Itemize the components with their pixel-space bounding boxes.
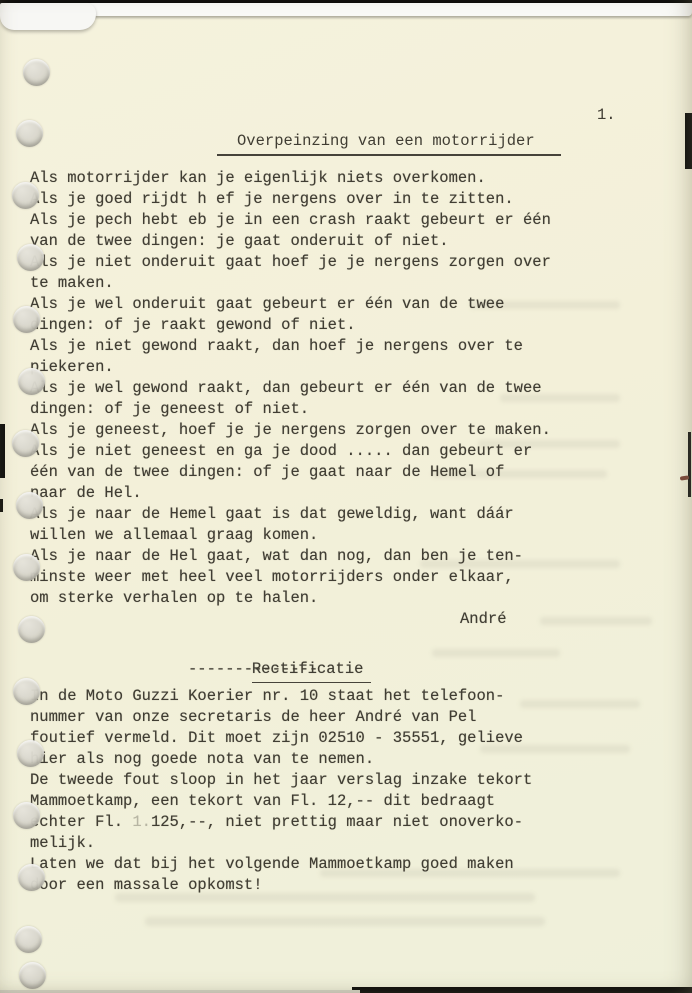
text-line: Laten we dat bij het volgende Mammoetkam…	[30, 854, 650, 875]
punch-hole	[13, 554, 40, 581]
article-title-text: Overpeinzing van een motorrijder	[217, 132, 561, 156]
punch-hole	[13, 802, 40, 829]
scan-left-edge-mark	[0, 424, 5, 478]
punch-hole	[13, 306, 40, 333]
punch-hole	[18, 616, 45, 643]
scan-right-edge-line	[688, 432, 691, 497]
punch-hole	[13, 678, 40, 705]
punch-hole	[16, 492, 43, 519]
text-line: piekeren.	[30, 357, 650, 378]
text-line: Als je naar de Hemel gaat is dat geweldi…	[30, 504, 650, 525]
text-line: te maken.	[30, 273, 650, 294]
punch-hole	[16, 120, 43, 147]
text-line: Als je goed rijdt h ef je nergens over i…	[30, 189, 650, 210]
scan-bottom-edge	[352, 987, 692, 993]
punch-hole	[17, 244, 44, 271]
scan-right-corner-mark	[685, 113, 692, 169]
amount-pre: echter Fl.	[30, 813, 132, 831]
text-line-amount: echter Fl. 1.125,--, niet prettig maar n…	[30, 812, 650, 833]
text-line: Als je geneest, hoef je je nergens zorge…	[30, 420, 650, 441]
text-line: Als motorrijder kan je eigenlijk niets o…	[30, 168, 650, 189]
text-line: Als je naar de Hel gaat, wat dan nog, da…	[30, 546, 650, 567]
signature: André	[30, 609, 650, 630]
text-line: Als je wel onderuit gaat gebeurt er één …	[30, 294, 650, 315]
text-line: Als je niet geneest en ga je dood ..... …	[30, 441, 650, 462]
text-line: Als je niet onderuit gaat hoef je je ner…	[30, 252, 650, 273]
text-line: melijk.	[30, 833, 650, 854]
text-line: Als je pech hebt eb je in een crash raak…	[30, 210, 650, 231]
article-title: Overpeinzing van een motorrijder	[237, 132, 561, 156]
text-line: nummer van onze secretaris de heer André…	[30, 707, 650, 728]
rectificatie-heading: Rectificatie	[30, 638, 650, 659]
punch-hole	[18, 864, 45, 891]
punch-hole	[17, 740, 44, 767]
text-line: foutief vermeld. Dit moet zijn 02510 - 3…	[30, 728, 650, 749]
text-line: De tweede fout sloop in het jaar verslag…	[30, 770, 650, 791]
typewritten-text: Als motorrijder kan je eigenlijk niets o…	[30, 168, 650, 896]
text-line: om sterke verhalen op te halen.	[30, 588, 650, 609]
punch-hole	[18, 368, 45, 395]
text-line: Als je niet gewond raakt, dan hoef je ne…	[30, 336, 650, 357]
text-line: hier als nog goede nota van te nemen.	[30, 749, 650, 770]
text-line: naar de Hel.	[30, 483, 650, 504]
punch-hole	[12, 430, 39, 457]
text-line: minste weer met heel veel motorrijders o…	[30, 567, 650, 588]
amount-post: 125,--, niet prettig maar niet onoverko-	[151, 813, 523, 831]
text-line: één van de twee dingen: of je gaat naar …	[30, 462, 650, 483]
page-curl-band	[58, 3, 692, 16]
punch-hole	[23, 59, 50, 86]
page-number: 1.	[597, 106, 616, 124]
text-line: van de twee dingen: je gaat onderuit of …	[30, 231, 650, 252]
punch-hole	[19, 962, 46, 989]
bleed-through-smudge	[145, 917, 545, 926]
page-curl-left	[0, 3, 96, 30]
punch-hole	[15, 926, 42, 953]
text-line: dingen: of je raakt gewond of niet.	[30, 315, 650, 336]
amount-faded-digits: 1.	[132, 813, 151, 831]
scanned-page: 1. Overpeinzing van een motorrijder Als …	[0, 0, 692, 993]
punch-hole	[12, 182, 39, 209]
text-line: door een massale opkomst!	[30, 875, 650, 896]
text-line: dingen: of je geneest of niet.	[30, 399, 650, 420]
text-line: Als je wel gewond raakt, dan gebeurt er …	[30, 378, 650, 399]
scan-left-edge-nub	[0, 499, 3, 512]
text-line: Mammoetkamp, een tekort van Fl. 12,-- di…	[30, 791, 650, 812]
text-line: willen we allemaal graag komen.	[30, 525, 650, 546]
text-line: In de Moto Guzzi Koerier nr. 10 staat he…	[30, 686, 650, 707]
